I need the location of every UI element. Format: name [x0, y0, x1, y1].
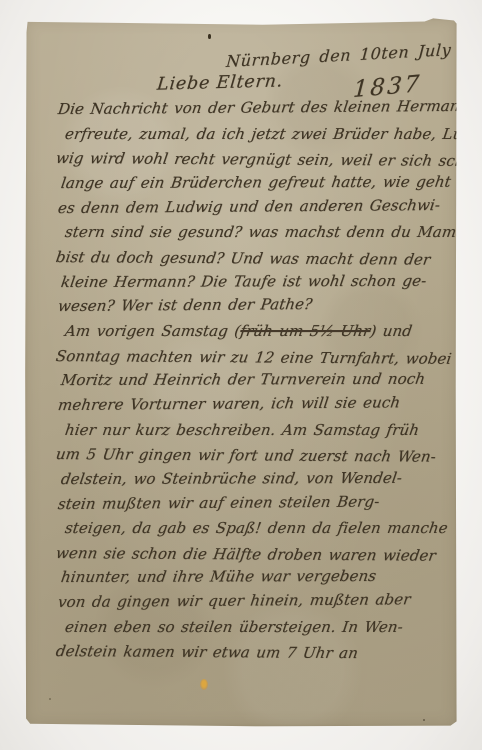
body-line: Die Nachricht von der Geburt des kleinen…: [56, 94, 448, 122]
body-line: steigen, da gab es Spaß! denn da fielen …: [63, 516, 447, 541]
body-line: hinunter, und ihre Mühe war vergebens: [59, 564, 448, 590]
body-line: von da gingen wir quer hinein, mußten ab…: [56, 587, 448, 615]
body-line: delstein, wo Steinbrüche sind, von Wende…: [59, 465, 448, 491]
strike-line-post: ) und: [369, 322, 413, 340]
photo-background: Nürnberg den 10ten July 1837 Liebe Elter…: [0, 0, 482, 750]
foxing-stain: [200, 679, 208, 690]
body-line: stern sind sie gesund? was machst denn d…: [63, 220, 447, 245]
body-line: erfreute, zumal, da ich jetzt zwei Brüde…: [63, 122, 447, 147]
body-line: hier nur kurz beschreiben. Am Samstag fr…: [63, 418, 447, 443]
body-line: mehrere Vorturner waren, ich will sie eu…: [56, 390, 448, 418]
body-line: lange auf ein Brüderchen gefreut hatte, …: [59, 170, 448, 196]
body-line: einen eben so steilen übersteigen. In We…: [63, 615, 447, 640]
body-line-with-strikethrough: Am vorigen Samstag (früh um 5½ Uhr) und: [63, 319, 447, 344]
ink-speck: [208, 34, 211, 39]
body-line: delstein kamen wir etwa um 7 Uhr an: [54, 639, 447, 666]
strike-line-pre: Am vorigen Samstag (: [64, 322, 242, 340]
salutation: Liebe Eltern.: [156, 71, 284, 94]
letter-paper: Nürnberg den 10ten July 1837 Liebe Elter…: [25, 18, 457, 727]
letter-body: Die Nachricht von der Geburt des kleinen…: [56, 97, 446, 664]
body-line: stein mußten wir auf einen steilen Berg-: [56, 488, 448, 516]
dateline: Nürnberg den 10ten July: [225, 40, 451, 71]
strike-line-struck-text: früh um 5½ Uhr: [239, 322, 372, 340]
ink-speck: [423, 719, 425, 721]
body-line: Moritz und Heinrich der Turnverein und n…: [59, 367, 448, 393]
body-line: wesen? Wer ist denn der Pathe?: [56, 291, 448, 319]
ink-speck: [49, 698, 51, 700]
body-line: kleine Hermann? Die Taufe ist wohl schon…: [59, 268, 448, 294]
body-line: es denn dem Ludwig und den anderen Gesch…: [56, 193, 448, 221]
